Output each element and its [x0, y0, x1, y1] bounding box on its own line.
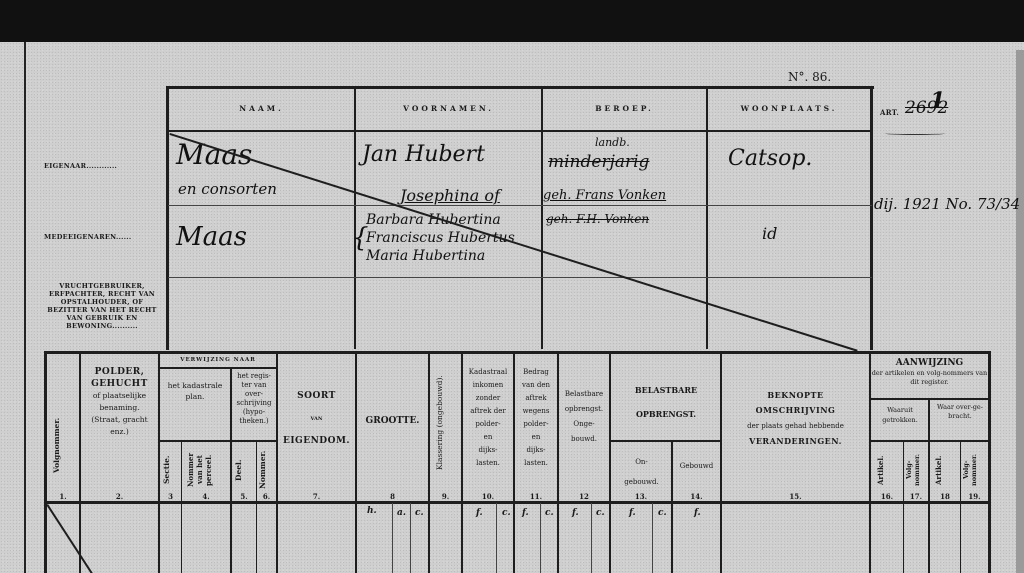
col-7-line: EIGENDOM. — [283, 436, 350, 446]
co-voornamen-2: Barbara Hubertina — [366, 212, 501, 228]
unit-a: a. — [397, 508, 406, 518]
owner-voornamen: Jan Hubert — [362, 142, 485, 167]
unit-divider — [652, 503, 653, 573]
col-15-line: OMSCHRIJVING — [756, 405, 836, 415]
verwijzing-rule — [159, 367, 277, 369]
col-10-label: Kadastraal inkomen zonder aftrek der pol… — [463, 366, 513, 470]
col-15-line: der plaats gehad hebbende — [747, 422, 844, 430]
col-11-line: dijks- — [526, 446, 545, 454]
unit-f: f. — [522, 508, 529, 518]
aanwijzing-subtitle: der artikelen en volg-nommers van dit re… — [871, 369, 988, 387]
unit-f: f. — [572, 508, 579, 518]
verwijzing-header: VERWIJZING NAAR — [159, 357, 277, 363]
col-divider — [158, 354, 160, 573]
col-10-line: dijks- — [478, 446, 497, 454]
owner-beroep: minderjarig — [548, 152, 649, 172]
col-2-line: GEHUCHT — [91, 379, 148, 389]
col-13-line: On- — [635, 458, 648, 466]
header-voornamen: VOORNAMEN. — [356, 104, 541, 113]
kadastrale-plan-header: het kadastrale plan. — [166, 380, 224, 402]
col-9-label: Klassering (ongebouwd). — [435, 358, 457, 488]
col-num: 11. — [515, 492, 557, 501]
page-number: N°. 86. — [788, 70, 831, 84]
label-medeeigenaren: MEDEEIGENAREN...... — [44, 233, 131, 241]
unit-h: h. — [367, 506, 377, 516]
unit-c: c. — [596, 508, 605, 518]
page-right-edge — [1016, 50, 1024, 573]
owner-header-rule — [168, 130, 872, 132]
owner-beroep-top: landb. — [595, 136, 630, 149]
col-2-line: (Straat, gracht — [91, 415, 147, 424]
belastbare-opbrengst-header: BELASTBARE OPBRENGST. — [614, 378, 718, 426]
unit-divider — [496, 503, 497, 573]
col-num: 9. — [430, 492, 461, 501]
label-vruchtgebruiker: VRUCHTGEBRUIKER, ERFPACHTER, RECHT VAN O… — [44, 282, 160, 330]
parcel-table-right — [988, 351, 991, 573]
col-num: 15. — [722, 492, 869, 501]
col-divider — [428, 354, 430, 573]
margin-note: dij. 1921 No. 73/34 — [874, 195, 1020, 213]
col-divider — [256, 440, 257, 573]
col-8-label: GROOTTE. — [357, 415, 428, 427]
co-voornamen-4: Maria Hubertina — [366, 248, 485, 264]
col-1-label: Volgnommer. — [52, 400, 72, 490]
col-5-label: Deel. — [234, 446, 254, 494]
col-2-line: enz.) — [110, 427, 129, 436]
col-7-line: VAN — [311, 416, 323, 422]
col-num: 8 — [357, 492, 428, 501]
col-13-label: On- gebouwd. — [612, 452, 671, 492]
col-11-label: Bedrag van den aftrek wegens polder- en … — [515, 366, 557, 470]
col-18-label: Artikel. — [934, 446, 956, 494]
co-voornamen-1: Josephina of — [400, 186, 500, 205]
col-12-line: opbrengst. — [565, 405, 603, 413]
waar-over-header: Waar over-ge-bracht. — [932, 403, 988, 421]
col-divider — [720, 354, 722, 573]
col-num: 18 — [930, 492, 960, 501]
col-num: 17. — [904, 492, 928, 501]
owner-woonplaats: Catsop. — [728, 146, 812, 171]
unit-c: c. — [545, 508, 554, 518]
col-divider — [960, 440, 961, 573]
col-12-line: bouwd. — [571, 435, 597, 443]
owner-table-left — [166, 86, 169, 350]
col-num: 3 — [160, 492, 181, 501]
co-beroep-2: geh. F.H. Vonken — [546, 212, 649, 226]
unit-c: c. — [415, 508, 424, 518]
col-12-label: Belastbare opbrengst. Onge- bouwd. — [559, 387, 609, 447]
col-num: 14. — [673, 492, 720, 501]
col-13-line: gebouwd. — [624, 478, 659, 486]
parcel-table-top — [44, 351, 990, 354]
col-divider — [903, 440, 904, 573]
owner-col-divider-3 — [706, 89, 708, 349]
co-voornamen-3: Franciscus Hubertus — [366, 230, 515, 246]
col-11-line: lasten. — [524, 459, 548, 467]
parcel-table-left — [44, 351, 47, 573]
owner-table-top — [166, 86, 874, 89]
aanwijzing-rule — [870, 398, 989, 400]
col-4-label: Nommer van het perceel. — [186, 446, 226, 494]
col-divider — [181, 440, 182, 573]
page-binding-edge — [24, 42, 26, 573]
col-10-line: aftrek der — [470, 407, 506, 415]
col-10-line: zonder — [476, 394, 500, 402]
col-10-line: lasten. — [476, 459, 500, 467]
col-11-line: van den — [522, 381, 550, 389]
col-11-line: Bedrag — [523, 368, 549, 376]
col-15-line: VERANDERINGEN. — [749, 436, 842, 446]
aanwijzing-title: AANWIJZING — [871, 358, 988, 369]
col-15-label: BEKNOPTE OMSCHRIJVING der plaats gehad h… — [722, 388, 869, 449]
col-divider — [609, 354, 611, 573]
header-beroep: BEROEP. — [543, 104, 706, 113]
col-num: 5. — [232, 492, 256, 501]
col-num: 6. — [257, 492, 276, 501]
unit-divider — [410, 503, 411, 573]
col-10-line: en — [484, 433, 493, 441]
col-num: 13. — [611, 492, 671, 501]
col-2-line: of plaatselijke — [93, 391, 146, 400]
col-2-line: POLDER, — [95, 367, 145, 377]
owner-row-rule-2 — [168, 277, 872, 278]
unit-f: f. — [694, 508, 701, 518]
col-num: 1. — [47, 492, 79, 501]
col-14-label: Gebouwd — [673, 460, 720, 472]
waaruit-header: Waaruit getrokken. — [872, 405, 928, 425]
unit-c: c. — [502, 508, 511, 518]
col-11-line: en — [532, 433, 541, 441]
col-2-label: POLDER, GEHUCHT of plaatselijke benaming… — [81, 366, 158, 438]
col-11-line: polder- — [523, 420, 548, 428]
header-woonplaats: WOONPLAATS. — [708, 104, 870, 113]
col-10-line: inkomen — [473, 381, 504, 389]
col-7-label: SOORT VAN EIGENDOM. — [278, 385, 355, 452]
col-11-line: wegens — [523, 407, 550, 415]
col-divider — [928, 400, 930, 573]
parcel-header-rule — [46, 501, 988, 504]
owner-naam-line2: en consorten — [178, 180, 277, 198]
subheader-rule — [610, 440, 721, 442]
col-16-label: Artikel. — [876, 446, 898, 494]
col-num: 19. — [961, 492, 988, 501]
unit-divider — [540, 503, 541, 573]
owner-col-divider-2 — [541, 89, 543, 349]
article-label: ART. — [880, 108, 899, 117]
article-flourish — [885, 132, 945, 135]
register-header: het regis-ter van over-schrijving (hypo-… — [232, 372, 276, 426]
col-num: 2. — [81, 492, 158, 501]
owner-row-rule-1 — [168, 205, 872, 206]
col-19-label: Volg-nommer. — [962, 446, 986, 494]
col-num: 16. — [871, 492, 903, 501]
col-num: 10. — [463, 492, 513, 501]
col-num: 12 — [559, 492, 609, 501]
unit-divider — [392, 503, 393, 573]
col-10-line: polder- — [475, 420, 500, 428]
col-10-line: Kadastraal — [469, 368, 507, 376]
col-7-line: SOORT — [297, 391, 336, 401]
col-17-label: Volg-nommer. — [905, 446, 927, 494]
header-naam: NAAM. — [169, 104, 354, 113]
col-15-line: BEKNOPTE — [767, 390, 823, 400]
co-naam: Maas — [176, 222, 247, 252]
article-value-new: 1 — [930, 88, 945, 114]
col-num: 4. — [182, 492, 230, 501]
subheader-rule — [159, 440, 277, 442]
subheader-rule — [870, 440, 989, 442]
col-2-line: benaming. — [99, 403, 139, 412]
co-beroep-1: geh. Frans Vonken — [543, 188, 666, 203]
col-12-line: Onge- — [573, 420, 594, 428]
unit-f: f. — [629, 508, 636, 518]
col-6-label: Nommer. — [258, 446, 276, 494]
co-woonplaats: id — [762, 224, 777, 243]
col-3-label: Sectie. — [162, 446, 180, 494]
col-11-line: aftrek — [525, 394, 546, 402]
col-12-line: Belastbare — [565, 390, 603, 398]
col-divider — [355, 354, 357, 573]
owner-table-right — [870, 86, 873, 350]
label-eigenaar: EIGENAAR............ — [44, 162, 117, 170]
unit-f: f. — [476, 508, 483, 518]
unit-c: c. — [658, 508, 667, 518]
col-num: 7. — [278, 492, 355, 501]
unit-divider — [591, 503, 592, 573]
